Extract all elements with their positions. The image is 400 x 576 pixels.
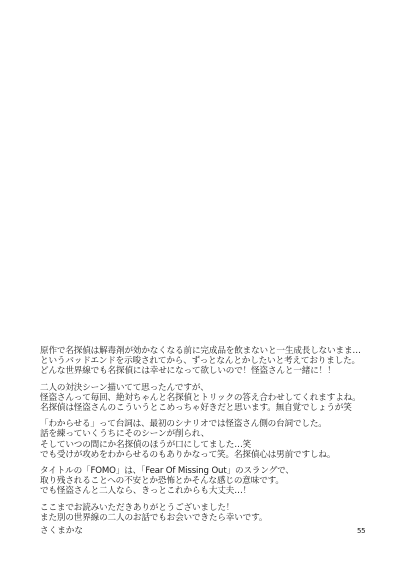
- text-line: でも受けが攻めをわからせるのもありかなって笑。名探偵心は男前ですしね。: [40, 450, 385, 460]
- text-line: 怪盗さんって毎回、絶対ちゃんと名探偵とトリックの答え合わせしてくれますよね。: [40, 393, 385, 403]
- text-line: というバッドエンドを示唆されてから、ずっとなんとかしたいと考えておりました。: [40, 356, 385, 366]
- paragraph-thanks: ここまでお読みいただきありがとうございました！ また別の世界線の二人のお話でもお…: [40, 503, 385, 523]
- text-line: タイトルの「FOMO」は、「Fear Of Missing Out」のスラングで…: [40, 466, 385, 476]
- text-line: 取り残されることへの不安とか恐怖とかそんな感じの意味です。: [40, 476, 385, 486]
- page-number: 55: [357, 527, 365, 535]
- author-signature: さくまかな: [40, 526, 83, 536]
- afterword-text: 原作で名探偵は解毒剤が効かなくなる前に完成品を飲まないと一生成長しないまま… と…: [40, 346, 385, 529]
- text-line: ここまでお読みいただきありがとうございました！: [40, 503, 385, 513]
- text-line: 原作で名探偵は解毒剤が効かなくなる前に完成品を飲まないと一生成長しないまま…: [40, 346, 385, 356]
- text-line: 「わからせる」って台詞は、最初のシナリオでは怪盗さん側の台詞でした。: [40, 419, 385, 429]
- text-line: どんな世界線でも名探偵には幸せになって欲しいので！怪盗さんと一緒に！！: [40, 366, 385, 376]
- paragraph-original-work: 原作で名探偵は解毒剤が効かなくなる前に完成品を飲まないと一生成長しないまま… と…: [40, 346, 385, 377]
- text-line: でも怪盗さんと二人なら、きっとこれからも大丈夫…！: [40, 486, 385, 496]
- paragraph-wakaraseru-line: 「わからせる」って台詞は、最初のシナリオでは怪盗さん側の台詞でした。 話を練って…: [40, 419, 385, 460]
- text-line: 名探偵は怪盗さんのこういうとこめっちゃ好きだと思います。無自覚でしょうが笑: [40, 403, 385, 413]
- paragraph-confrontation-scene: 二人の対決シーン描いてて思ったんですが、 怪盗さんって毎回、絶対ちゃんと名探偵と…: [40, 383, 385, 414]
- paragraph-title-fomo: タイトルの「FOMO」は、「Fear Of Missing Out」のスラングで…: [40, 466, 385, 497]
- text-line: また別の世界線の二人のお話でもお会いできたら幸いです。: [40, 513, 385, 523]
- text-line: 話を練っていくうちにそのシーンが削られ、: [40, 429, 385, 439]
- manga-afterword-page: 原作で名探偵は解毒剤が効かなくなる前に完成品を飲まないと一生成長しないまま… と…: [0, 0, 400, 576]
- text-line: そしていつの間にか名探偵のほうが口にしてました…笑: [40, 440, 385, 450]
- text-line: 二人の対決シーン描いてて思ったんですが、: [40, 383, 385, 393]
